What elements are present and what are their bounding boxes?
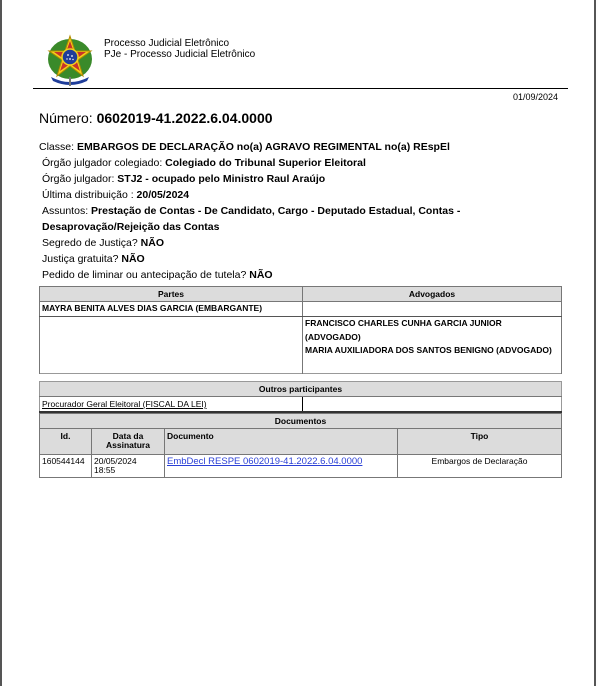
parte-cell (40, 317, 303, 374)
document-link[interactable]: EmbDecl RESPE 0602019-41.2022.6.04.0000 (167, 456, 362, 467)
header-subtitle: PJe - Processo Judicial Eletrônico (104, 49, 255, 60)
table-row: MAYRA BENITA ALVES DIAS GARCIA (EMBARGAN… (40, 302, 562, 317)
info-assuntos: Assuntos: Prestação de Contas - De Candi… (39, 203, 564, 235)
outros-participantes-table: Outros participantes Procurador Geral El… (39, 381, 562, 413)
orgao-label: Órgão julgador: (42, 173, 117, 185)
orgao-colegiado-label: Órgão julgador colegiado: (42, 157, 165, 169)
advogado-cell (303, 302, 562, 317)
segredo-value: NÃO (141, 237, 164, 249)
col-tipo: Tipo (398, 429, 562, 455)
orgao-value: STJ2 - ocupado pelo Ministro Raul Araújo (117, 173, 325, 185)
advogado-cell: FRANCISCO CHARLES CUNHA GARCIA JUNIOR (A… (303, 317, 562, 374)
app-header: Processo Judicial Eletrônico PJe - Proce… (104, 38, 255, 60)
info-liminar: Pedido de liminar ou antecipação de tute… (39, 267, 564, 283)
doc-link-cell: EmbDecl RESPE 0602019-41.2022.6.04.0000 (165, 455, 398, 478)
print-date: 01/09/2024 (513, 92, 558, 102)
info-orgao: Órgão julgador: STJ2 - ocupado pelo Mini… (39, 171, 564, 187)
table-row: FRANCISCO CHARLES CUNHA GARCIA JUNIOR (A… (40, 317, 562, 374)
advogado-entry: FRANCISCO CHARLES CUNHA GARCIA JUNIOR (A… (305, 317, 559, 344)
info-classe: Classe: EMBARGOS DE DECLARAÇÃO no(a) AGR… (39, 139, 564, 155)
distribuicao-label: Última distribuição : (42, 189, 137, 201)
info-segredo: Segredo de Justiça? NÃO (39, 235, 564, 251)
orgao-colegiado-value: Colegiado do Tribunal Superior Eleitoral (165, 157, 366, 169)
process-number-label: Número: (39, 110, 97, 126)
gratuita-label: Justiça gratuita? (42, 253, 121, 265)
assuntos-value: Prestação de Contas - De Candidato, Carg… (42, 205, 460, 233)
doc-time: 18:55 (94, 466, 162, 475)
info-gratuita: Justiça gratuita? NÃO (39, 251, 564, 267)
participante-extra-cell (303, 397, 562, 413)
gratuita-value: NÃO (121, 253, 144, 265)
distribuicao-value: 20/05/2024 (137, 189, 190, 201)
doc-tipo: Embargos de Declaração (398, 455, 562, 478)
header-divider (33, 88, 568, 89)
brazil-coat-of-arms-icon (45, 33, 95, 87)
classe-label: Classe: (39, 141, 77, 153)
parte-cell: MAYRA BENITA ALVES DIAS GARCIA (EMBARGAN… (40, 302, 303, 317)
process-number: Número: 0602019-41.2022.6.04.0000 (39, 110, 273, 126)
info-orgao-colegiado: Órgão julgador colegiado: Colegiado do T… (39, 155, 564, 171)
liminar-label: Pedido de liminar ou antecipação de tute… (42, 269, 249, 281)
document-page: Processo Judicial Eletrônico PJe - Proce… (0, 0, 596, 686)
table-row: Procurador Geral Eleitoral (FISCAL DA LE… (40, 397, 562, 413)
process-number-value: 0602019-41.2022.6.04.0000 (97, 110, 273, 126)
info-distribuicao: Última distribuição : 20/05/2024 (39, 187, 564, 203)
doc-id: 160544144 (40, 455, 92, 478)
table-row: 160544144 20/05/2024 18:55 EmbDecl RESPE… (40, 455, 562, 478)
outros-header: Outros participantes (40, 382, 562, 397)
participante-cell: Procurador Geral Eleitoral (FISCAL DA LE… (40, 397, 303, 413)
advogado-entry: MARIA AUXILIADORA DOS SANTOS BENIGNO (AD… (305, 344, 559, 358)
col-documento: Documento (165, 429, 398, 455)
documentos-header: Documentos (40, 414, 562, 429)
col-data: Data da Assinatura (92, 429, 165, 455)
liminar-value: NÃO (249, 269, 272, 281)
advogados-header: Advogados (303, 287, 562, 302)
segredo-label: Segredo de Justiça? (42, 237, 141, 249)
doc-data: 20/05/2024 18:55 (92, 455, 165, 478)
partes-header: Partes (40, 287, 303, 302)
partes-table: Partes Advogados MAYRA BENITA ALVES DIAS… (39, 286, 562, 374)
col-id: Id. (40, 429, 92, 455)
assuntos-label: Assuntos: (42, 205, 91, 217)
process-info: Classe: EMBARGOS DE DECLARAÇÃO no(a) AGR… (39, 139, 564, 283)
header-title: Processo Judicial Eletrônico (104, 38, 255, 49)
documentos-table: Documentos Id. Data da Assinatura Docume… (39, 413, 562, 478)
classe-value: EMBARGOS DE DECLARAÇÃO no(a) AGRAVO REGI… (77, 141, 450, 153)
